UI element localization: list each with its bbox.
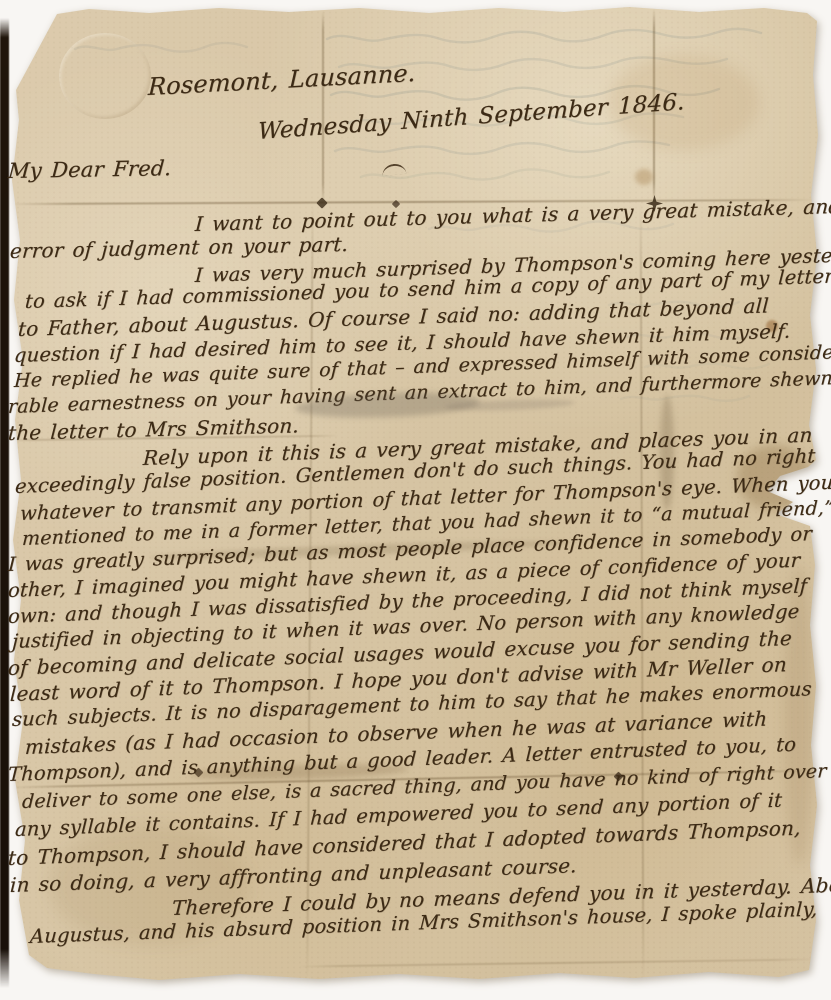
manuscript-line: the letter to Mrs Smithson.	[7, 414, 299, 444]
heading-date: Wednesday Ninth September 1846.	[258, 90, 685, 146]
manuscript-line: I want to point out to you what is a ver…	[194, 195, 831, 235]
heading-place: Rosemont, Lausanne.	[148, 60, 417, 101]
manuscript-line: error of judgment on your part.	[9, 233, 349, 263]
manuscript-text-layer: Rosemont, Lausanne.Wednesday Ninth Septe…	[0, 0, 831, 1000]
salutation: My Dear Fred.	[7, 157, 172, 183]
scanned-letter-page: Rosemont, Lausanne.Wednesday Ninth Septe…	[0, 0, 831, 1000]
